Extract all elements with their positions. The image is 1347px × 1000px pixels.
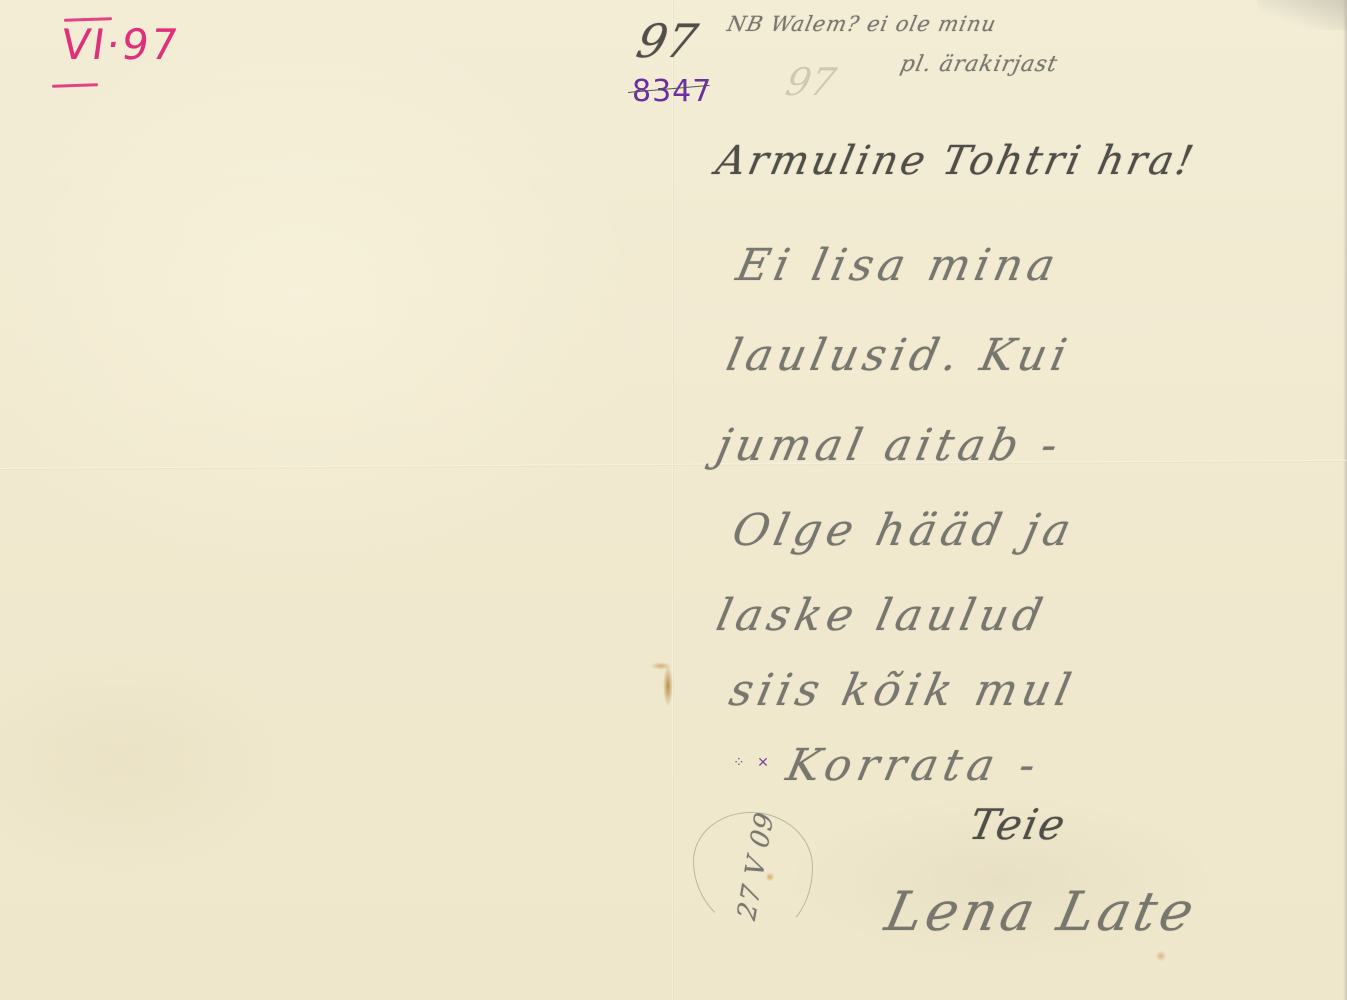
archive-mark: VI·97 (58, 20, 183, 69)
scan-corner-shadow (1257, 0, 1347, 30)
top-note-line-2: pl. ärakirjast (898, 52, 1060, 77)
salutation: Armuline Tohtri hra! (712, 138, 1200, 184)
pink-underline (52, 83, 98, 88)
foxing-spot (1156, 950, 1166, 962)
purple-ink-spatter: ⁘ ✕ (733, 755, 773, 777)
signature: Lena Late (880, 880, 1203, 943)
letter-line-4: Olge hääd ja (728, 505, 1080, 556)
letter-line-2: laulusid. Kui (722, 330, 1076, 381)
letter-line-7: Korrata - (782, 740, 1046, 791)
rust-stain-small (650, 662, 672, 670)
letter-line-1: Ei lisa mina (732, 240, 1064, 291)
vertical-fold-line (672, 0, 674, 1000)
top-note-line-1: NB Walem? ei ole minu (725, 12, 999, 36)
letter-line-5: laske laulud (712, 590, 1052, 641)
letter-page: ⁘ ✕ VI·97 97 97 8347 NB Walem? ei ole mi… (0, 0, 1347, 1000)
paper-right-edge (1343, 0, 1347, 1000)
letter-line-6: siis kõik mul (725, 665, 1080, 716)
closing: Teie (965, 800, 1071, 849)
letter-line-3: jumal aitab - (712, 420, 1067, 471)
rust-stain (663, 665, 673, 707)
folio-number-faint: 97 (782, 60, 840, 104)
folio-number: 97 (632, 14, 702, 68)
